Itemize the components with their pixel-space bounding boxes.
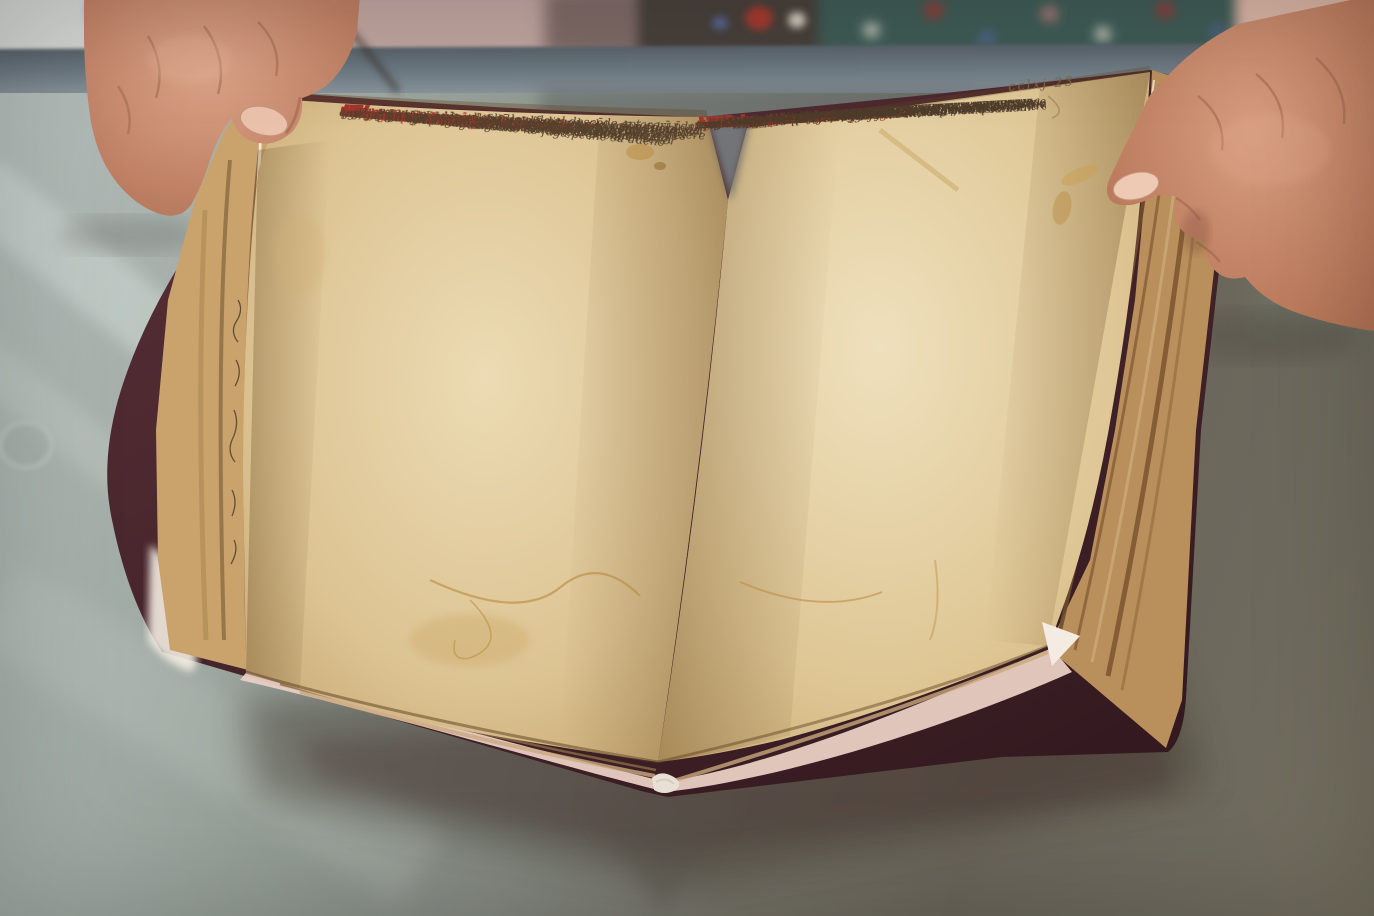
right-hand-highlight — [1210, 114, 1330, 186]
left-page-text: cala nō ouiere dōniel sobr̄ leuado el de… — [320, 104, 708, 605]
hand-shadow-left — [60, 217, 200, 253]
photo-scene: cala nō ouiere dōniel sobr̄ leuado el de… — [0, 0, 1374, 916]
left-hand-highlight — [148, 36, 232, 84]
right-page-text: v. ss. por q̄ sollo la vyña enla entrada… — [674, 98, 1071, 589]
right-finger-shadow — [1182, 210, 1210, 254]
